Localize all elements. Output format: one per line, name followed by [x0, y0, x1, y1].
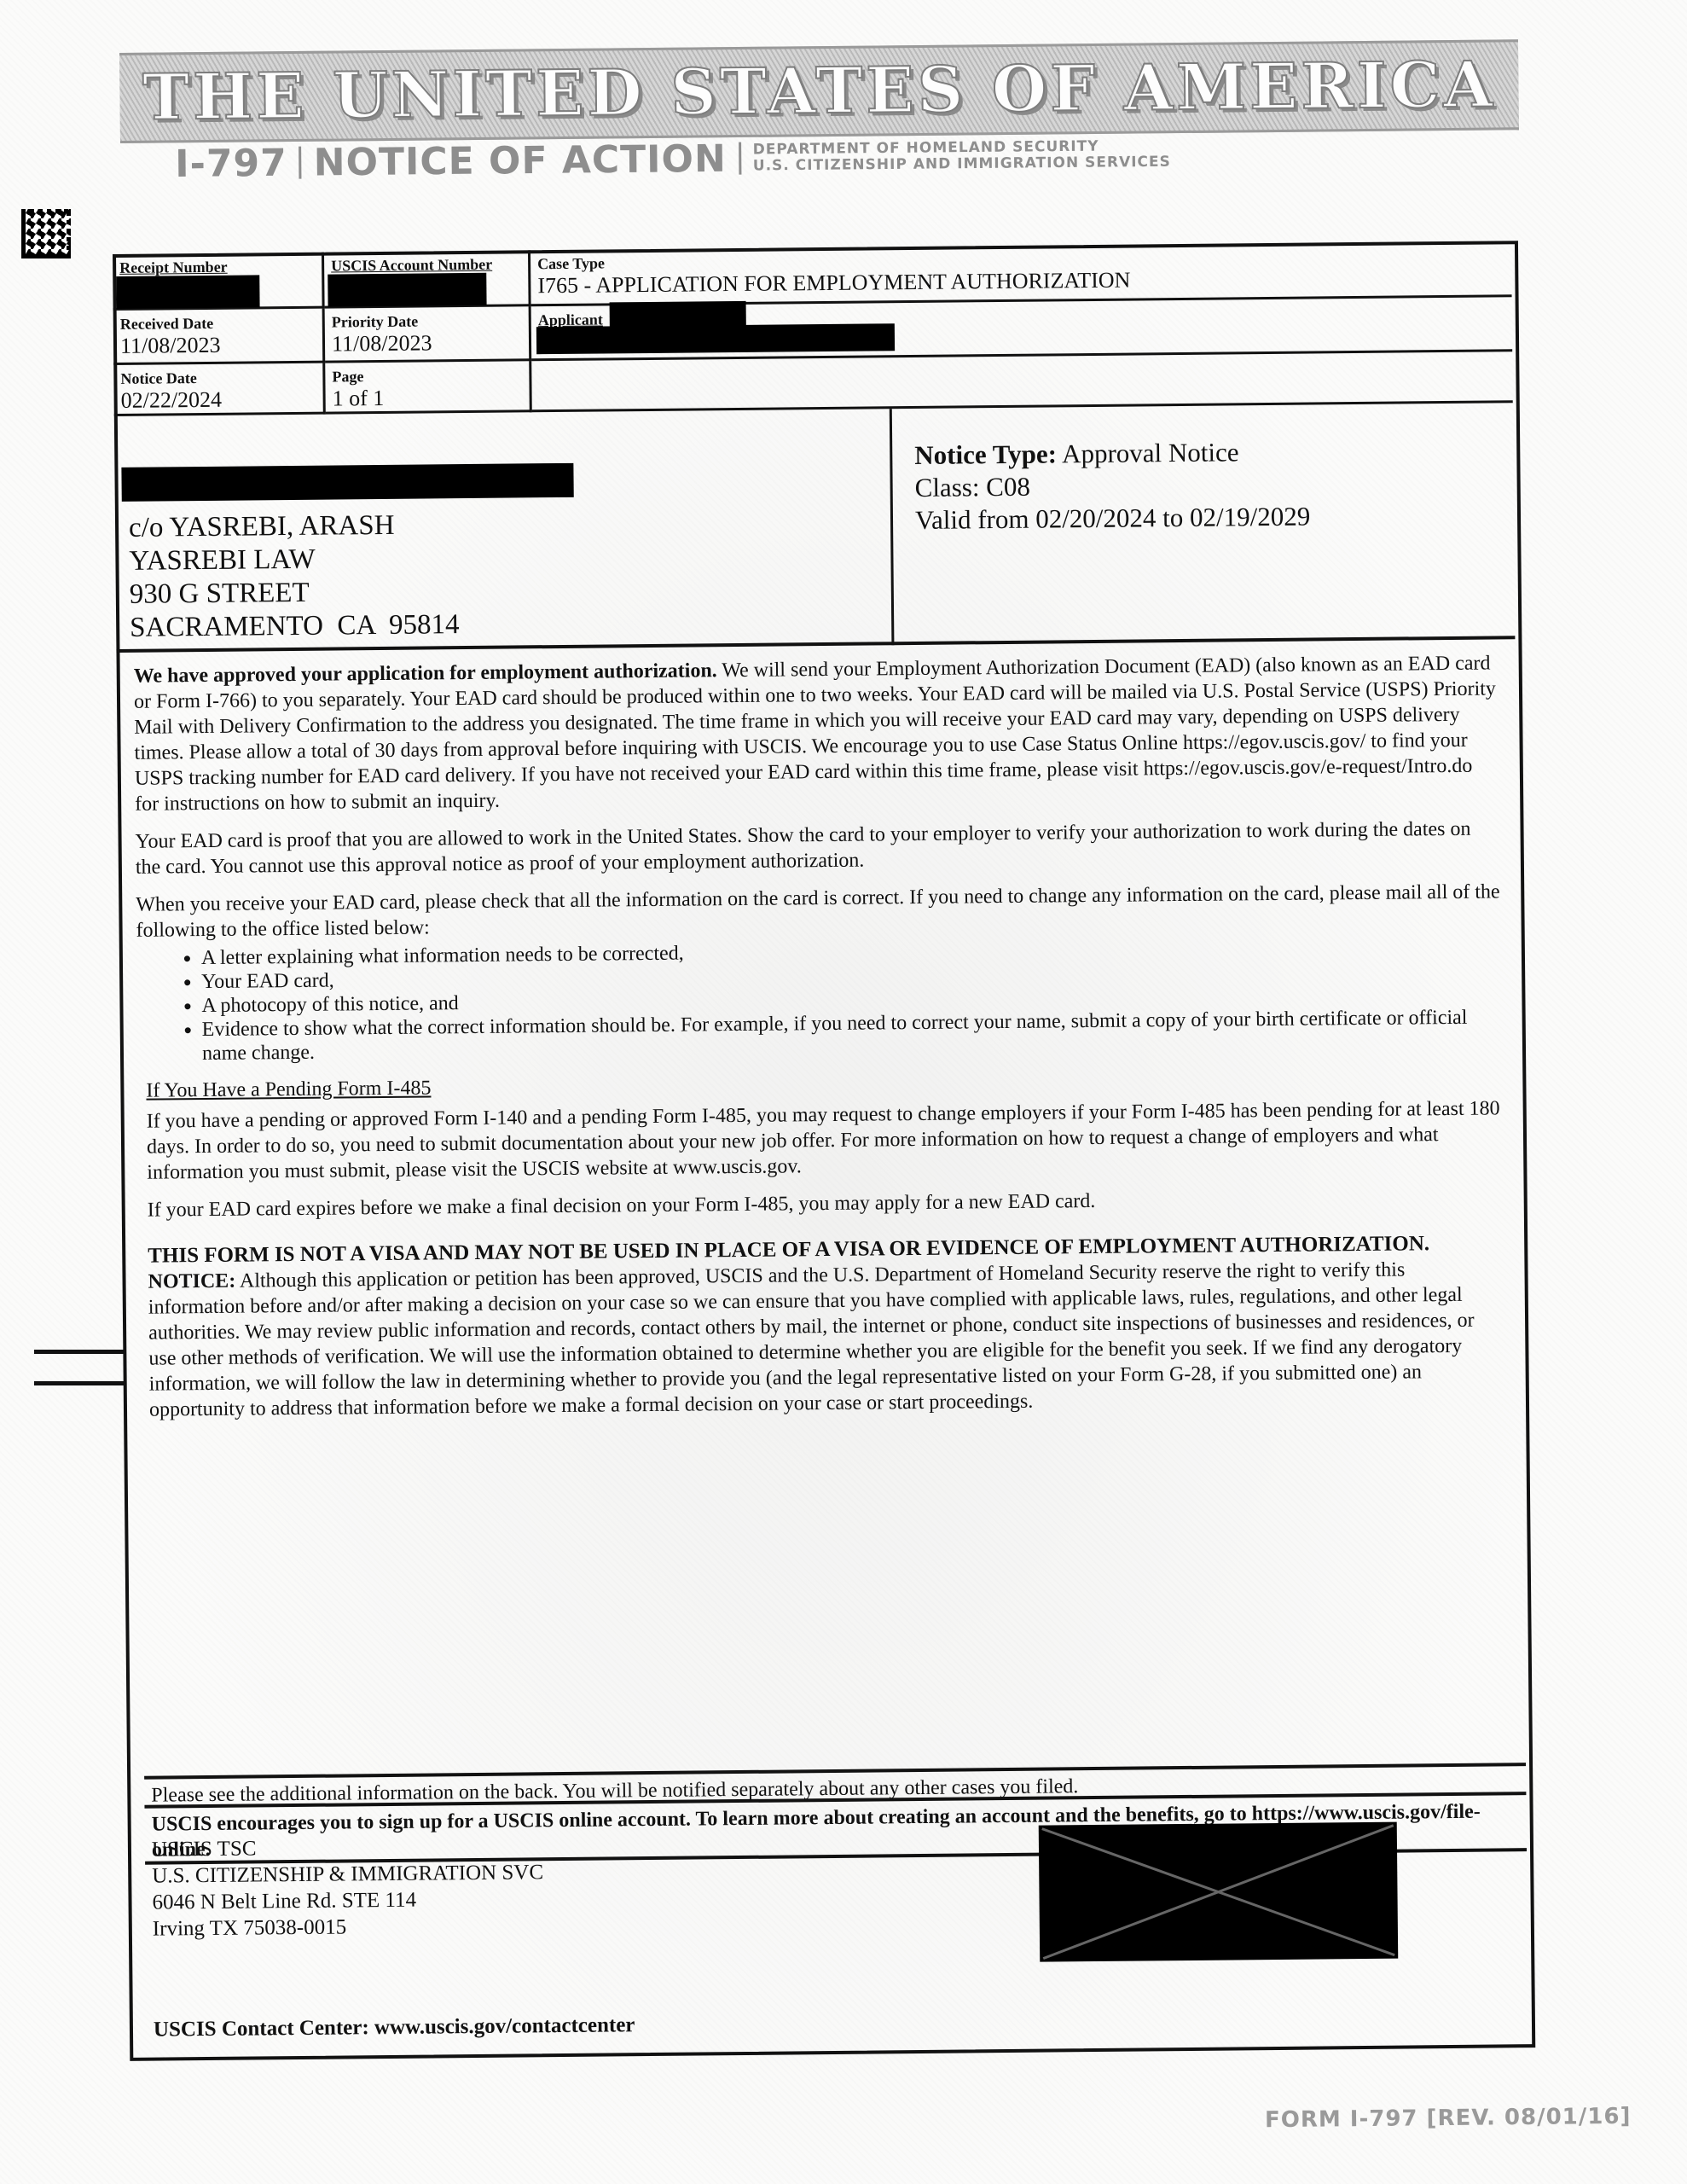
correction-list: A letter explaining what information nee…	[136, 933, 1502, 1066]
received-date-label: Received Date	[120, 314, 316, 333]
ead-expiry-paragraph: If your EAD card expires before we make …	[148, 1184, 1504, 1223]
notice-page: THE UNITED STATES OF AMERICA I-797 NOTIC…	[0, 0, 1687, 2184]
redacted-applicant-id	[610, 301, 746, 328]
received-date-value: 11/08/2023	[120, 331, 316, 360]
ead-proof-paragraph: Your EAD card is proof that you are allo…	[135, 816, 1500, 880]
empty-cell	[531, 351, 1513, 412]
form-revision: FORM I-797 [REV. 08/01/16]	[1265, 2104, 1632, 2133]
mailing-address: c/o YASREBI, ARASH YASREBI LAW 930 G STR…	[129, 508, 460, 645]
account-number-cell: USCIS Account Number	[324, 250, 531, 308]
redaction-cross-icon	[1039, 1822, 1399, 1962]
notice-date-value: 02/22/2024	[120, 386, 316, 415]
account-number-label: USCIS Account Number	[331, 255, 521, 274]
notice-class: Class: C08	[914, 466, 1491, 503]
header-divider	[299, 147, 302, 179]
notice-validity: Valid from 02/20/2024 to 02/19/2029	[915, 498, 1492, 536]
receipt-number-label: Receipt Number	[119, 258, 315, 276]
redacted-barcode	[1039, 1822, 1399, 1962]
priority-date-value: 11/08/2023	[332, 328, 522, 357]
form-id: I-797	[175, 141, 287, 185]
verification-notice: NOTICE: Although this application or pet…	[148, 1256, 1505, 1422]
office-line: Irving TX 75038-0015	[153, 1912, 544, 1942]
received-date-cell: Received Date 11/08/2023	[113, 309, 326, 365]
contact-center: USCIS Contact Center: www.uscis.gov/cont…	[154, 2013, 635, 2042]
priority-date-label: Priority Date	[332, 311, 522, 330]
service-center-address: USCIS TSC U.S. CITIZENSHIP & IMMIGRATION…	[152, 1833, 544, 1942]
address-line: YASREBI LAW	[129, 542, 459, 578]
office-line: 6046 N Belt Line Rd. STE 114	[152, 1885, 543, 1915]
case-info-grid: Receipt Number USCIS Account Number Case…	[113, 241, 1513, 416]
header-divider	[739, 142, 741, 175]
notice-type: Notice Type: Approval Notice	[914, 433, 1491, 471]
notice-body: We have approved your application for em…	[134, 650, 1506, 1434]
notice-date-label: Notice Date	[120, 369, 316, 387]
form-title: NOTICE OF ACTION	[314, 136, 727, 184]
mailing-address-box: c/o YASREBI, ARASH YASREBI LAW 930 G STR…	[114, 409, 895, 653]
correction-paragraph: When you receive your EAD card, please c…	[136, 879, 1501, 943]
verification-notice-text: Although this application or petition ha…	[148, 1259, 1475, 1421]
case-type-cell: Case Type I765 - APPLICATION FOR EMPLOYM…	[530, 241, 1512, 306]
notice-type-label: Notice Type:	[914, 439, 1057, 470]
notice-type-box: Notice Type: Approval Notice Class: C08 …	[892, 403, 1516, 645]
department-line-2: U.S. CITIZENSHIP AND IMMIGRATION SERVICE…	[753, 154, 1171, 175]
priority-date-cell: Priority Date 11/08/2023	[325, 306, 532, 363]
address-line: c/o YASREBI, ARASH	[129, 508, 459, 545]
verification-notice-label: NOTICE:	[148, 1270, 235, 1293]
office-line: U.S. CITIZENSHIP & IMMIGRATION SVC	[152, 1859, 543, 1889]
applicant-cell: Applicant	[531, 297, 1513, 361]
fold-mark	[34, 1350, 126, 1354]
form-header: I-797 NOTICE OF ACTION DEPARTMENT OF HOM…	[175, 129, 1171, 189]
redacted-applicant-name	[536, 323, 895, 354]
banner-title: THE UNITED STATES OF AMERICA	[142, 49, 1497, 135]
datamatrix-barcode-icon	[21, 209, 71, 258]
approval-statement: We have approved your application for em…	[134, 659, 717, 688]
i485-paragraph: If you have a pending or approved Form I…	[147, 1095, 1504, 1185]
notice-frame: Receipt Number USCIS Account Number Case…	[113, 241, 1535, 2063]
department: DEPARTMENT OF HOMELAND SECURITY U.S. CIT…	[753, 138, 1171, 175]
notice-date-cell: Notice Date 02/22/2024	[113, 363, 326, 416]
page-value: 1 of 1	[332, 383, 522, 412]
page-label: Page	[332, 366, 522, 385]
redacted-recipient-name	[121, 463, 573, 502]
approval-paragraph: We have approved your application for em…	[134, 650, 1500, 816]
redacted-account-number	[328, 273, 486, 307]
banner: THE UNITED STATES OF AMERICA	[119, 39, 1519, 143]
page-cell: Page 1 of 1	[325, 361, 532, 414]
receipt-number-cell: Receipt Number	[113, 253, 325, 311]
address-line: SACRAMENTO CA 95814	[130, 608, 460, 645]
address-line: 930 G STREET	[130, 575, 460, 612]
office-line: USCIS TSC	[152, 1833, 543, 1862]
fold-mark	[34, 1381, 126, 1385]
fold-marks	[34, 1350, 126, 1413]
redacted-receipt-number	[116, 275, 259, 309]
notice-type-value: Approval Notice	[1062, 437, 1239, 468]
